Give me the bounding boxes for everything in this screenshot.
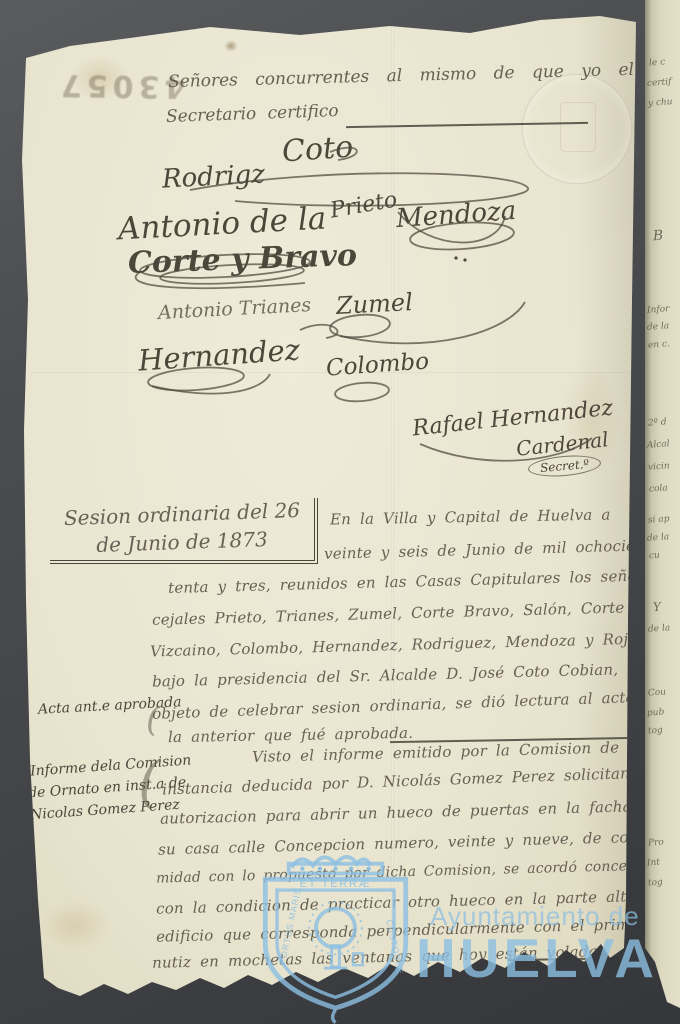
flourish-dot [454, 256, 457, 259]
margin-brace: ( [138, 750, 160, 815]
facing-text-fragment: Infor [647, 304, 670, 316]
facing-page-edge: le c certif y chu B Infor de la en c. 2º… [645, 0, 680, 1024]
signature-prieto: Prieto [328, 187, 399, 223]
embossed-seal-crest [560, 102, 596, 152]
flourish-colombo [334, 381, 389, 404]
manuscript-line: la anterior que fué aprobada. [168, 724, 413, 746]
flourish-hernandez-tail [152, 374, 270, 394]
manuscript-line: Secretario certifico [166, 101, 339, 127]
facing-text-fragment: Int [647, 858, 661, 869]
signature-rodriguez: Rodrigz [161, 159, 265, 194]
signature-colombo: Colombo [325, 348, 430, 381]
facing-text-fragment: tog [648, 725, 663, 736]
scanned-document-photo: { "colors":{"background":"#434548","pape… [0, 0, 680, 1024]
manuscript-line: En la Villa y Capital de Huelva a [330, 506, 611, 529]
signature-coto: Coto [281, 130, 354, 170]
facing-text-fragment: Alcal [647, 439, 670, 451]
archive-stamp-number: 43057 [56, 67, 186, 104]
facing-text-fragment: de la [647, 321, 670, 333]
manuscript-line: De acuerdo con el dictamen de la misma C… [248, 965, 628, 996]
paper-stain [224, 40, 238, 52]
embossed-seal [522, 74, 632, 184]
facing-text-fragment: 2º d [648, 417, 667, 428]
facing-text-fragment: cola [649, 483, 668, 494]
facing-text-fragment: vicin [648, 461, 670, 472]
facing-text-fragment: tog [648, 877, 663, 888]
ink-rule [508, 957, 638, 961]
facing-text-fragment: de la [647, 532, 670, 544]
paper-stain [40, 900, 110, 950]
signature-hernandez: Hernandez [137, 332, 301, 377]
signature-corte-y-bravo: Corte y Bravo [127, 238, 357, 281]
session-heading-box: Sesion ordinaria del 26 de Junio de 1873 [50, 498, 318, 564]
facing-text-fragment: Y [653, 600, 662, 615]
facing-text-fragment: B [652, 228, 663, 245]
facing-text-fragment: y chu [648, 97, 673, 109]
margin-brace: ( [146, 700, 159, 740]
facing-text-fragment: en c. [648, 339, 671, 351]
signature-mendoza: Mendoza [395, 196, 517, 234]
session-heading-line: Sesion ordinaria del 26 [50, 497, 315, 530]
facing-text-fragment: Cou [648, 687, 667, 698]
facing-text-fragment: de la [648, 623, 671, 635]
manuscript-line: nutiz en mochetas las ventanas que hoy e… [152, 942, 606, 972]
facing-text-fragment: le c [649, 57, 666, 68]
facing-text-fragment: Pro [648, 837, 664, 848]
vertical-fold-crease [391, 18, 394, 968]
flourish-dot [463, 258, 466, 261]
facing-text-fragment: pub [647, 707, 665, 718]
facing-text-fragment: certif [647, 77, 672, 89]
signature-zumel: Zumel [335, 288, 413, 320]
manuscript-line: instancia deducida por D. Nicolás Gomez … [162, 764, 649, 799]
session-heading-line: de Junio de 1873 [50, 525, 315, 558]
signature-antonio-trianes: Antonio Trianes [158, 294, 312, 324]
facing-text-fragment: si ap [648, 514, 670, 525]
document-page: 43057 Señores concurrentes al mismo de q… [0, 0, 648, 1024]
manuscript-line: Vizcaino, Colombo, Hernandez, Rodriguez,… [150, 630, 646, 661]
facing-text-fragment: cu [649, 551, 661, 562]
flourish-trianes [300, 325, 338, 338]
